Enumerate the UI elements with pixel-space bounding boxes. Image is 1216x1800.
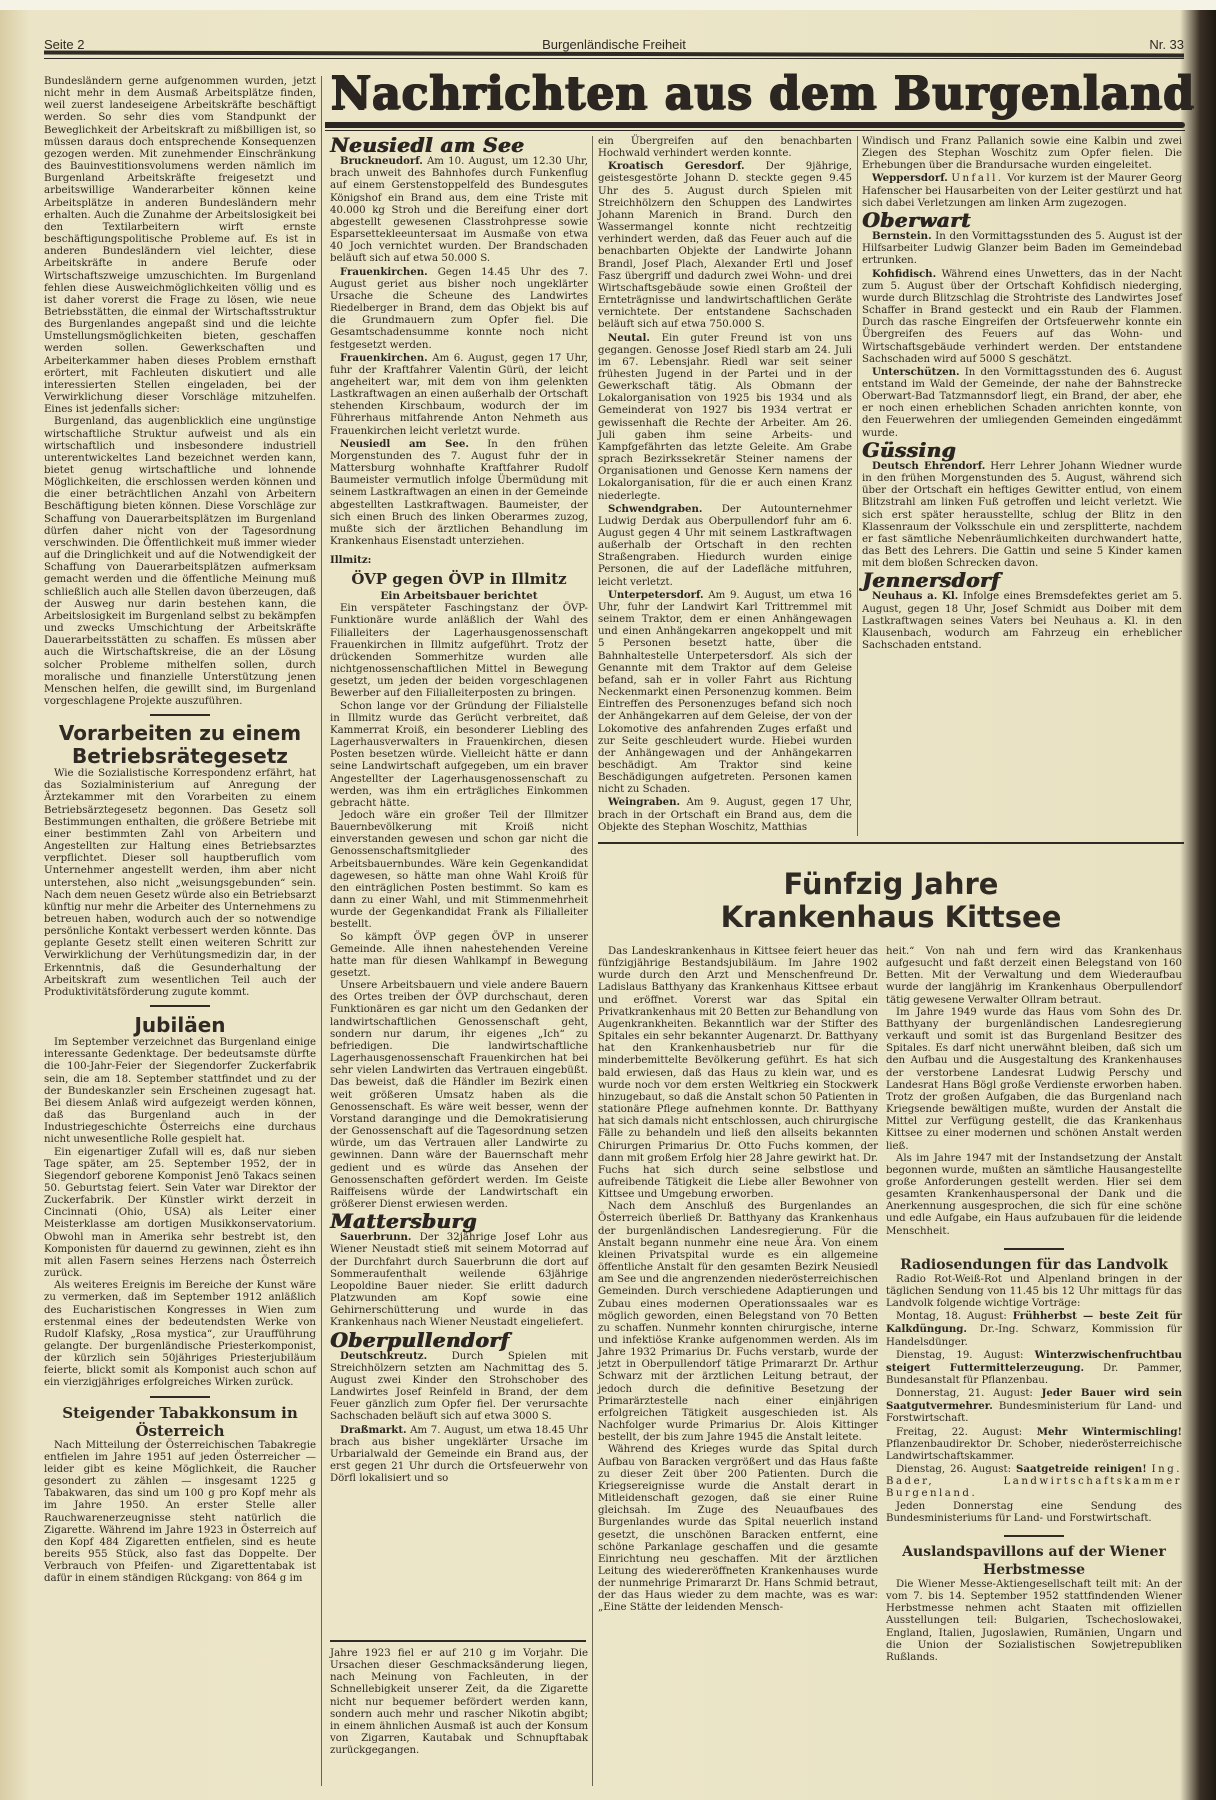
scan-edge <box>0 0 1216 10</box>
divider <box>150 1396 210 1398</box>
article-illmitz-4: So kämpft ÖVP gegen ÖVP in unserer Gemei… <box>330 932 588 981</box>
news-item: Neutal. Ein guter Freund ist von uns geg… <box>598 332 852 503</box>
region-heading-oberwart: Oberwart <box>862 214 1182 226</box>
section-rule <box>330 1640 586 1642</box>
subhead-illmitz: Ein Arbeitsbauer berichtet <box>330 589 588 603</box>
news-item: Frauenkirchen. Am 6. August, gegen 17 Uh… <box>330 352 588 438</box>
section-banner: Nachrichten aus dem Burgenland <box>330 67 1110 122</box>
newspaper-page: Seite 2 Burgenländische Freiheit Nr. 33 … <box>0 0 1216 1800</box>
news-item: Unterschützen. In den Vormittagsstunden … <box>862 366 1182 440</box>
article-illmitz: Ein verspäteter Faschingstanz der ÖVP-Fu… <box>330 603 588 700</box>
news-item: Deutsch Ehrendorf. Herr Lehrer Johann Wi… <box>862 460 1182 570</box>
banner-rule-thin <box>325 130 1185 131</box>
banner-rule <box>325 122 1185 128</box>
column-3: ein Übergreifen auf den benachbarten Hoc… <box>598 136 852 834</box>
news-item: Kroatisch Geresdorf. Der 9jährige, geist… <box>598 160 852 331</box>
column-4: Windisch und Franz Pallanich sowie eine … <box>862 136 1182 652</box>
region-heading-oberpullendorf: Oberpullendorf <box>330 1334 588 1346</box>
news-item: Deutschkreutz. Durch Spielen mit Streich… <box>330 1350 588 1424</box>
region-heading-neusiedl: Neusiedl am See <box>330 139 588 151</box>
headline-tabak: Steigender Tabakkonsum in Österreich <box>44 1404 316 1440</box>
article-jubilaeen: Im September verzeichnet das Burgenland … <box>44 1037 316 1146</box>
headline-vorarbeiten: Vorarbeiten zu einem Betriebsrätegesetz <box>44 722 316 768</box>
region-heading-jennersdorf: Jennersdorf <box>862 574 1182 586</box>
article-tabak: Nach Mitteilung der Österreichischen Tab… <box>44 1440 316 1586</box>
column-rule <box>592 136 593 1786</box>
column-rule <box>321 76 322 1786</box>
news-item: Unterpetersdorf. Am 9. August, um etwa 1… <box>598 589 852 797</box>
article-continued: Bundesländern gerne aufgenommen wurden, … <box>44 76 316 416</box>
news-item: Bernstein. In den Vormittagsstunden des … <box>862 230 1182 267</box>
divider <box>1004 1248 1064 1250</box>
news-item: Kohfidisch. Während eines Unwetters, das… <box>862 268 1182 366</box>
column-1: Bundesländern gerne aufgenommen wurden, … <box>44 76 316 1586</box>
news-item: Neusiedl am See. In den frühen Morgenstu… <box>330 438 588 548</box>
news-item: Weppersdorf. Unfall. Vor kurzem ist der … <box>862 172 1182 209</box>
news-item: Bruckneudorf. Am 10. August, um 12.30 Uh… <box>330 155 588 265</box>
article-illmitz-5: Unsere Arbeitsbauern und viele andere Ba… <box>330 980 588 1211</box>
news-item: Weingraben. Am 9. August, gegen 17 Uhr, … <box>598 796 852 833</box>
article-jubilaeen-3: Als weiteres Ereignis im Bereiche der Ku… <box>44 1280 316 1389</box>
kicker-illmitz: Illmitz: <box>330 554 371 566</box>
divider <box>150 714 210 716</box>
news-item: Neuhaus a. Kl. Infolge eines Bremsdefekt… <box>862 590 1182 652</box>
article-illmitz-2: Schon lange vor der Gründung der Filials… <box>330 701 588 810</box>
region-heading-guessing: Güssing <box>862 444 1182 456</box>
headline-kittsee: Fünfzig Jahre Krankenhaus Kittsee <box>598 868 1184 934</box>
article-kittsee-left: Das Landeskrankenhaus in Kittsee feiert … <box>598 946 878 1615</box>
headline-messe: Auslandspavillons auf der Wiener Herbstm… <box>886 1543 1182 1579</box>
news-item: Frauenkirchen. Gegen 14.45 Uhr des 7. Au… <box>330 266 588 352</box>
region-heading-mattersburg: Mattersburg <box>330 1215 588 1227</box>
section-rule <box>598 842 1184 844</box>
masthead-rule-thin <box>44 58 1184 59</box>
article-continued-2: Burgenland, das augenblicklich eine ungü… <box>44 416 316 708</box>
headline-jubilaeen: Jubiläen <box>44 1013 316 1037</box>
tabak-continuation: Jahre 1923 fiel er auf 210 g im Vorjahr.… <box>330 1648 588 1757</box>
news-item: Draßmarkt. Am 7. August, um etwa 18.45 U… <box>330 1424 588 1486</box>
divider <box>150 1005 210 1007</box>
article-vorarbeiten: Wie die Sozialistische Korrespondenz erf… <box>44 768 316 999</box>
column-2: Neusiedl am See Bruckneudorf. Am 10. Aug… <box>330 135 588 1485</box>
headline-radio: Radiosendungen für das Landvolk <box>886 1256 1182 1274</box>
news-item: Sauerbrunn. Der 32jährige Josef Lohr aus… <box>330 1231 588 1329</box>
divider <box>1004 1535 1064 1537</box>
headline-illmitz: ÖVP gegen ÖVP in Illmitz <box>330 569 588 589</box>
newspaper-title: Burgenländische Freiheit <box>44 37 1184 52</box>
column-rule <box>857 136 858 836</box>
news-item: Schwendgraben. Der Autounternehmer Ludwi… <box>598 503 852 589</box>
article-kittsee-right: heit.“ Von nah und fern wird das Kranken… <box>886 946 1182 1664</box>
article-jubilaeen-2: Ein eigenartiger Zufall will es, daß nur… <box>44 1147 316 1281</box>
article-illmitz-3: Jedoch wäre ein großer Teil der Illmitze… <box>330 810 588 932</box>
